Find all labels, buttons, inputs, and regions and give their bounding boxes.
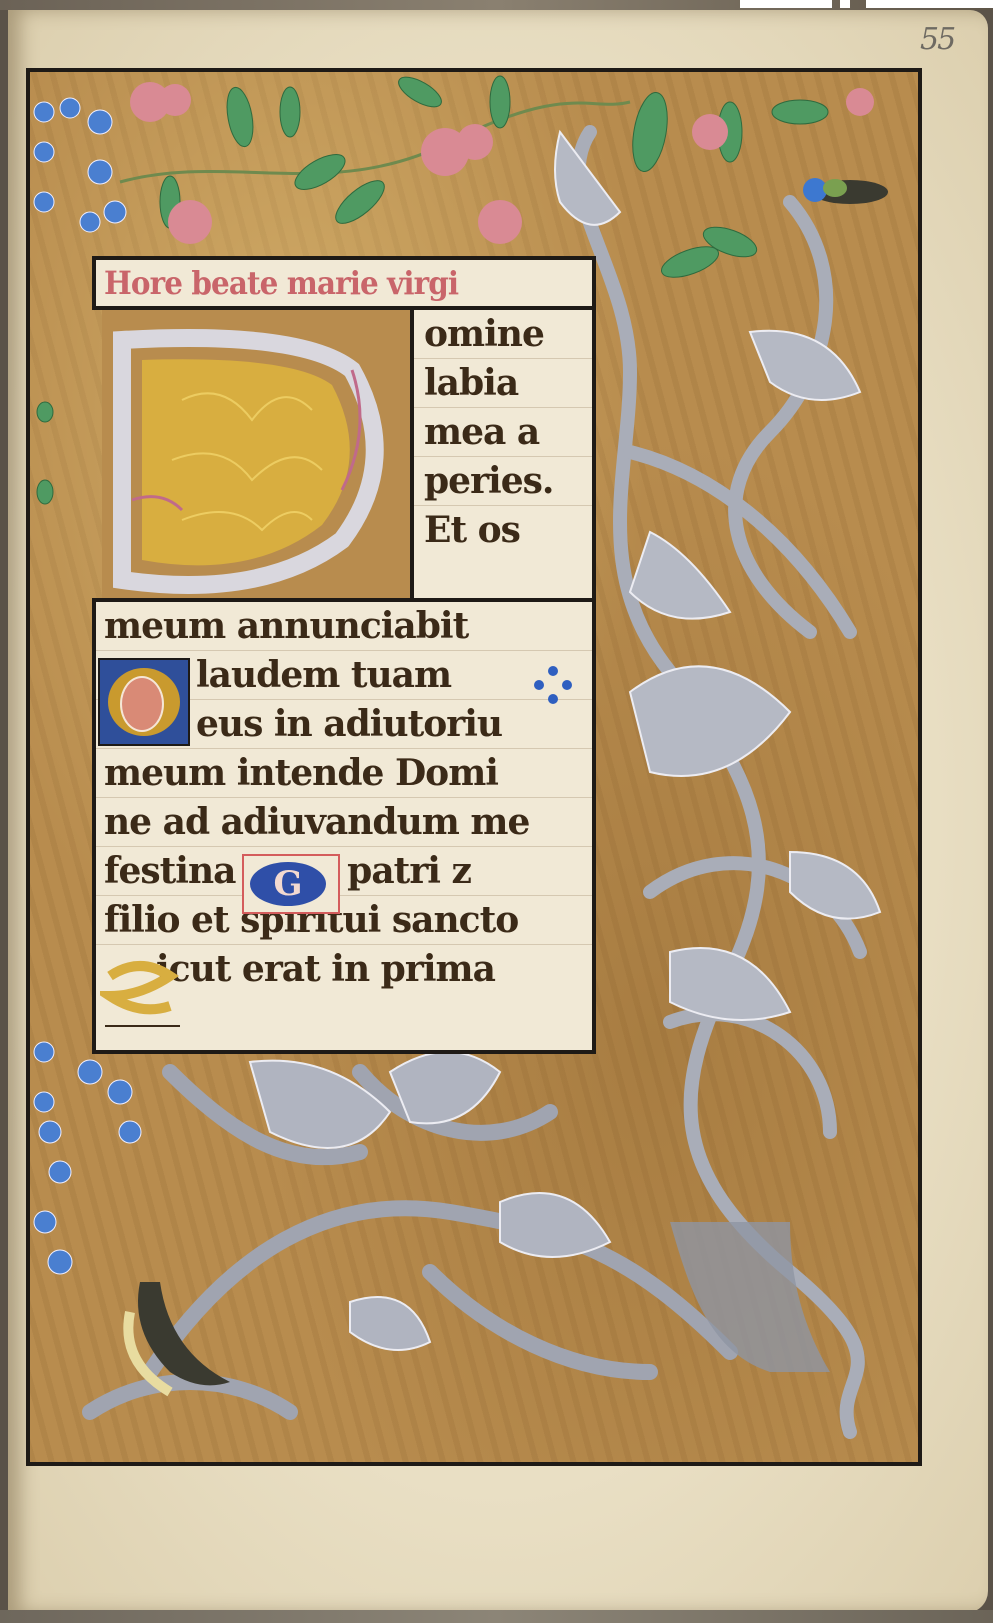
text-line: meum intende Domi (96, 749, 592, 798)
scan-mask (866, 0, 993, 8)
initial-D-blue (98, 658, 190, 746)
rubric-box: Hore beate marie virgi (92, 256, 596, 310)
folio-number: 55 (920, 22, 954, 57)
text-line: labia (414, 359, 592, 408)
blue-dots-icon (534, 666, 574, 706)
text-line: meum annunciabit (96, 602, 592, 651)
initial-letter-icon (100, 956, 186, 1030)
upper-text-column: omine labia mea a peries. Et os (410, 310, 596, 598)
initial-G: G (242, 854, 340, 914)
text-line: festina loria patri z (96, 847, 592, 896)
scan-edge-bottom (0, 1610, 993, 1623)
lower-text-column: meum annunciabit laudem tuam eus in adiu… (92, 598, 596, 1054)
rubric-title: Hore beate marie virgi (104, 264, 458, 302)
text-line: ne ad adiuvandum me (96, 798, 592, 847)
text-block: Hore beate marie virgi omine labia mea a… (92, 256, 596, 1056)
bird-icon (803, 178, 888, 204)
scan-mask (740, 0, 832, 8)
text-line: omine (414, 310, 592, 359)
text-line: filio et spiritui sancto (96, 896, 592, 945)
initial-letter-icon (102, 310, 410, 598)
historiated-initial-D (102, 310, 410, 598)
initial-S-gold (100, 956, 186, 1030)
scan-mask (840, 0, 850, 8)
text-line: peries. (414, 457, 592, 506)
text-line: Et os (414, 506, 592, 554)
text-line: mea a (414, 408, 592, 457)
leaf-icon (120, 676, 164, 732)
